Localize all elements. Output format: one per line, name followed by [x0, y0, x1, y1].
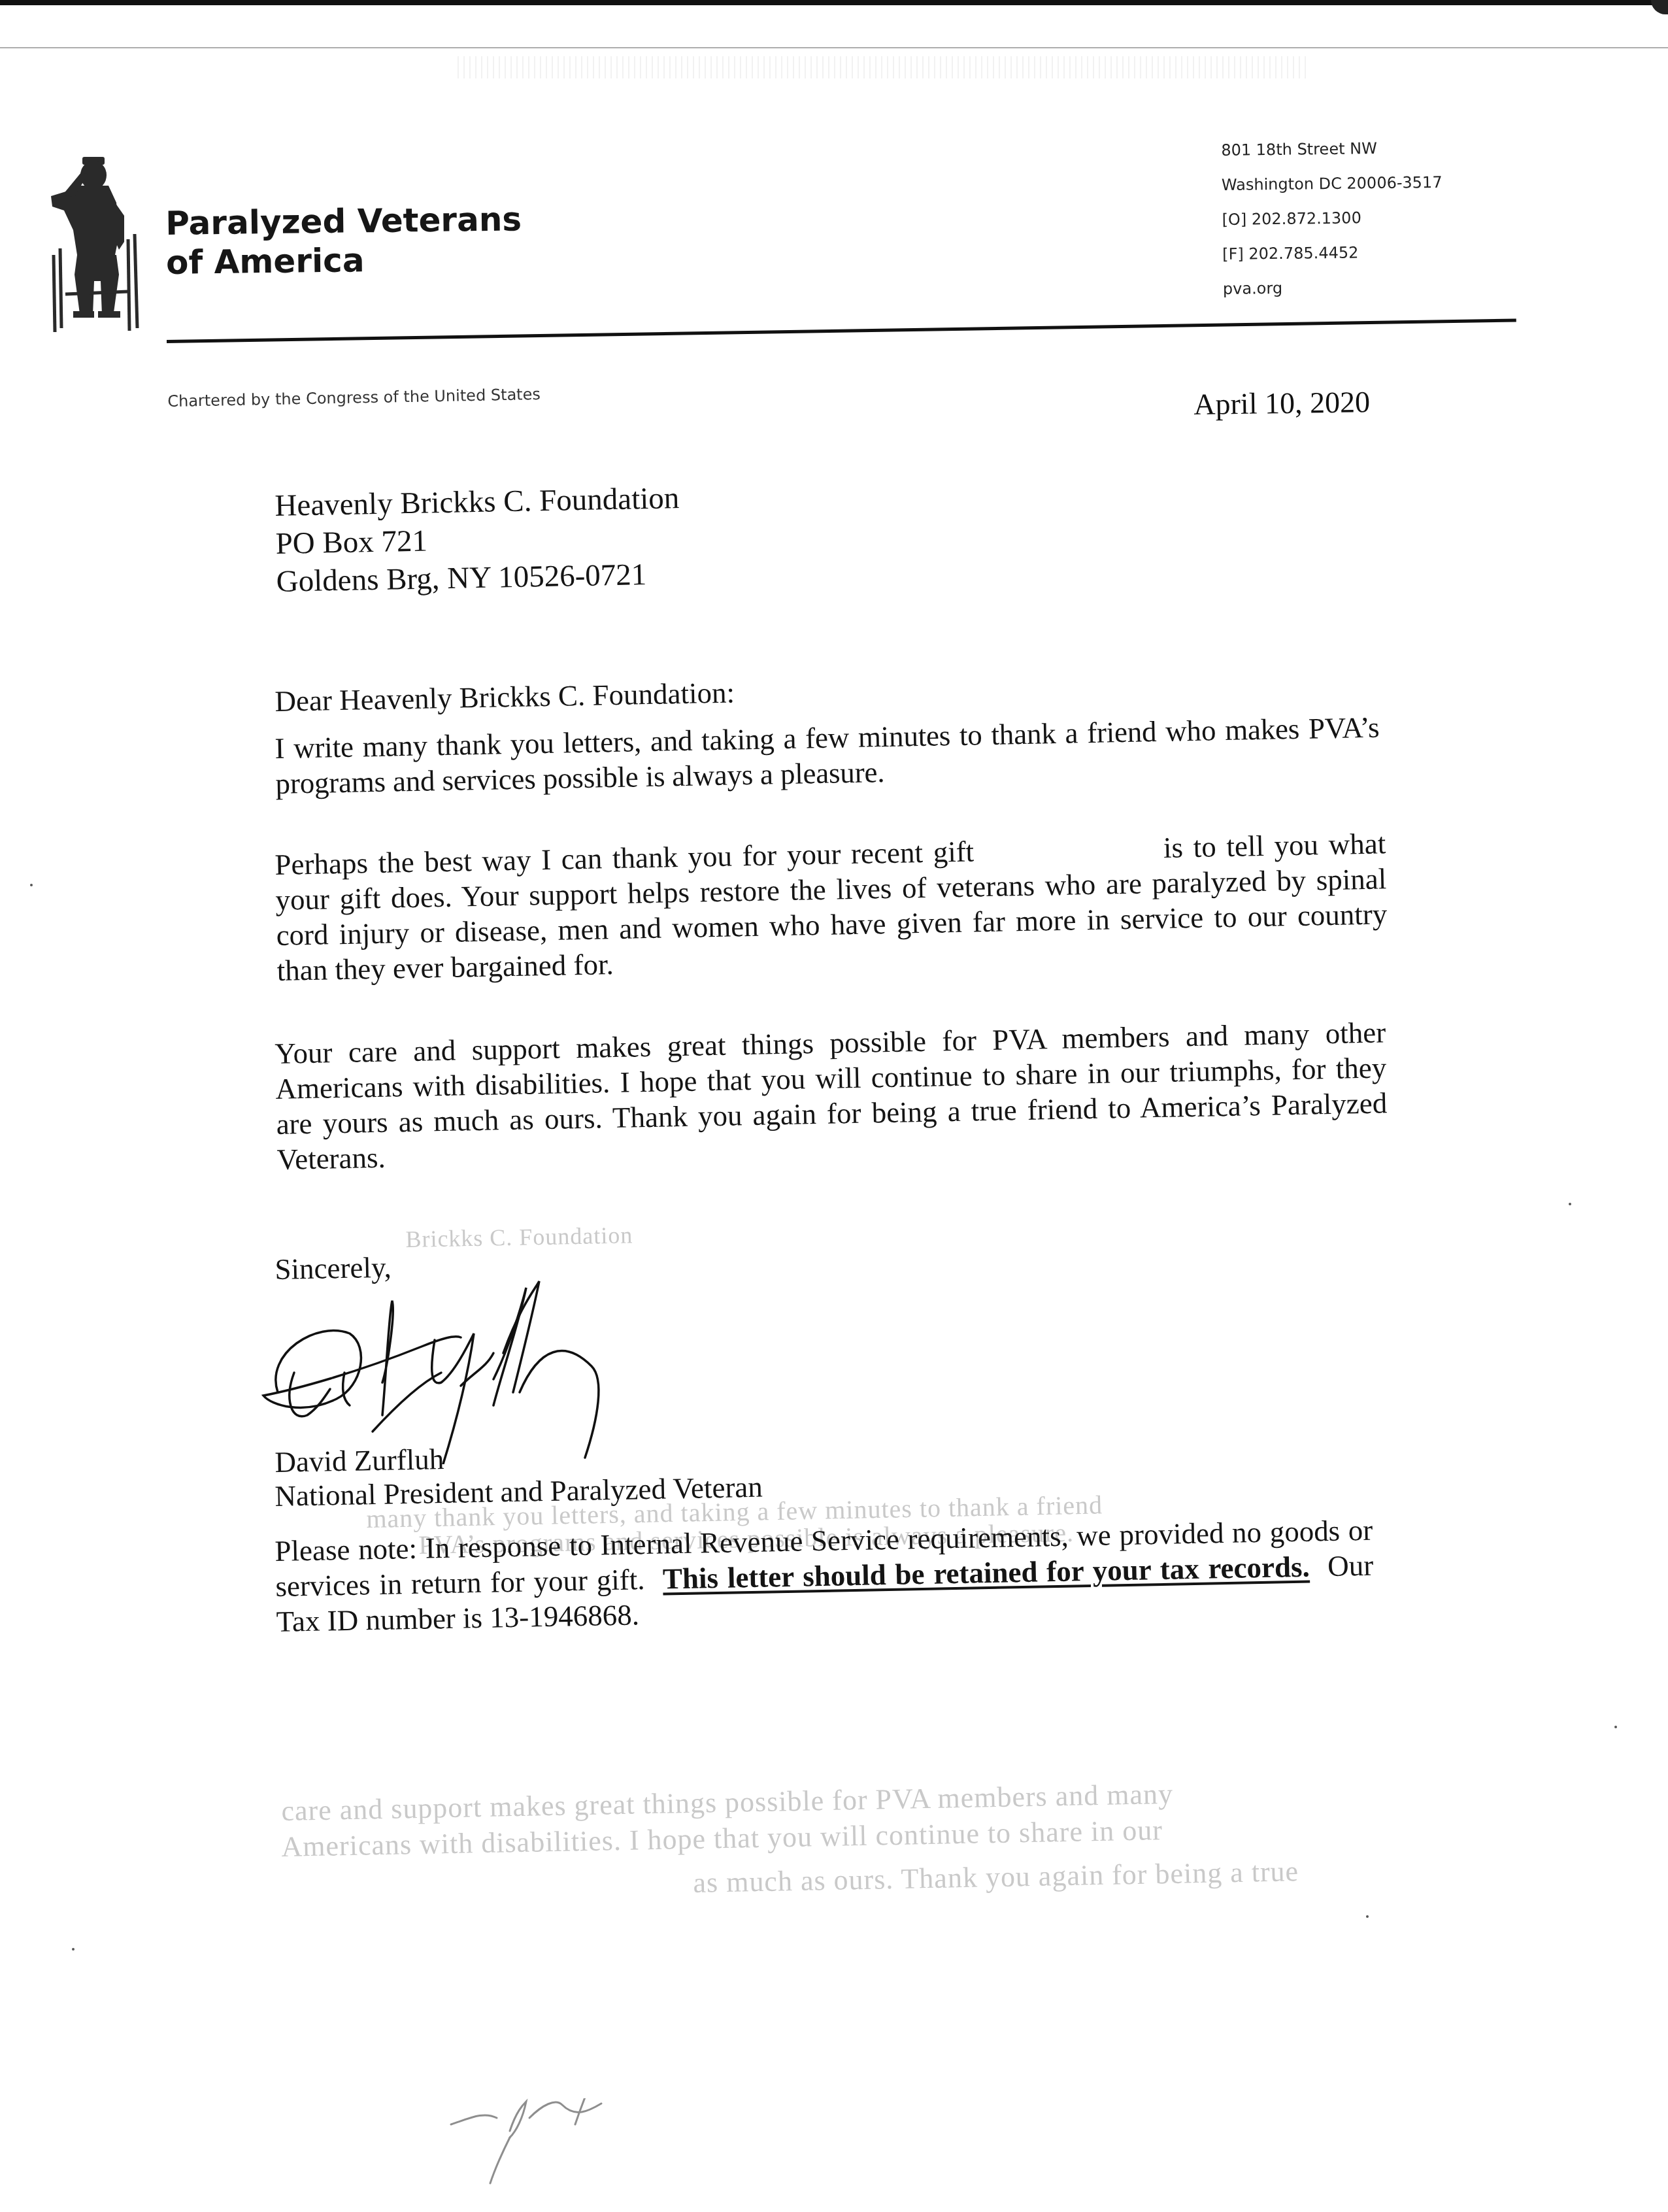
scan-speck — [30, 884, 33, 886]
organization-name: Paralyzed Veterans of America — [165, 199, 522, 282]
contact-block: 801 18th Street NW Washington DC 20006-3… — [1221, 131, 1444, 307]
scan-speck — [1569, 1203, 1571, 1205]
scan-speck — [72, 1948, 75, 1951]
letterhead-divider — [167, 319, 1516, 343]
redacted-gift-amount — [974, 858, 1163, 862]
scan-speck — [1366, 1915, 1369, 1918]
charter-line: Chartered by the Congress of the United … — [167, 385, 541, 411]
letter-date: April 10, 2020 — [1193, 384, 1370, 422]
recipient-address: Heavenly Brickks C. Foundation PO Box 72… — [275, 465, 1388, 601]
tax-note: Please note: In response to Internal Rev… — [275, 1513, 1375, 1639]
greeting: Dear Heavenly Brickks C. Foundation: — [275, 662, 1386, 719]
scan-speck — [1614, 1726, 1617, 1728]
handwritten-signature-icon — [258, 1275, 676, 1464]
saluting-veteran-wheelchair-icon — [51, 157, 149, 332]
letter-page: Paralyzed Veterans of America 801 18th S… — [0, 0, 1668, 2212]
city-address: Washington DC 20006-3517 — [1222, 165, 1443, 203]
paragraph-2: Perhaps the best way I can thank you for… — [275, 826, 1388, 988]
paragraph-1: I write many thank you letters, and taki… — [275, 710, 1380, 801]
office-phone: [O] 202.872.1300 — [1222, 200, 1443, 237]
paragraph-3: Your care and support makes great things… — [275, 1014, 1388, 1177]
fax-number: [F] 202.785.4452 — [1222, 235, 1443, 272]
bleed-through-text: as much as ours. Thank you again for bei… — [693, 1854, 1299, 1900]
bleed-through-signature-icon — [444, 2098, 745, 2190]
website: pva.org — [1223, 269, 1444, 307]
street-address: 801 18th Street NW — [1221, 131, 1442, 168]
